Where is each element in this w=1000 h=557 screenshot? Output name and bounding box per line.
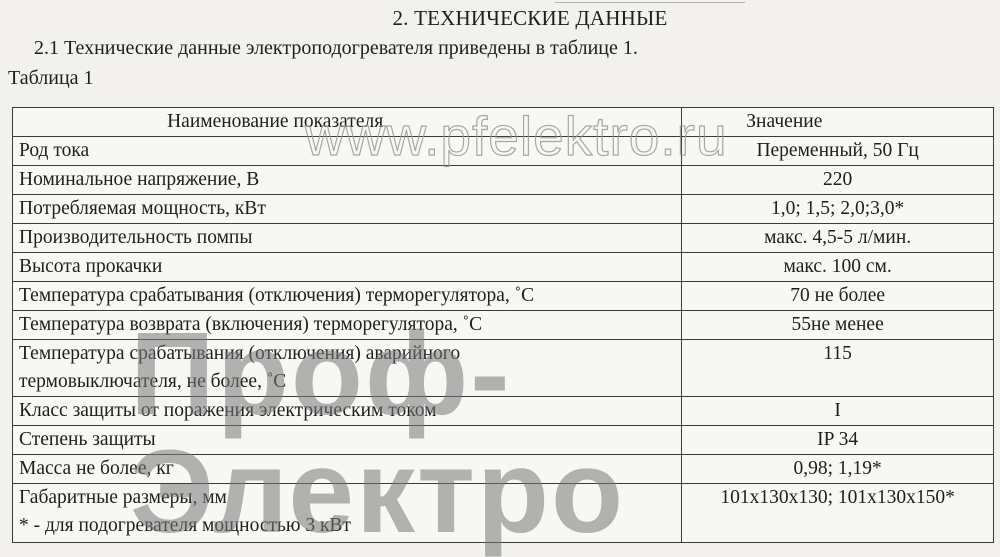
value-cell: 115 xyxy=(682,340,994,397)
param-line-2: термовыключателя, не более, ˚С xyxy=(19,368,675,396)
section-title: 2. ТЕХНИЧЕСКИЕ ДАННЫЕ xyxy=(0,6,1000,31)
table-row: Высота прокачки макс. 100 см. xyxy=(13,253,994,282)
table-row: Потребляемая мощность, кВт 1,0; 1,5; 2,0… xyxy=(13,195,994,224)
value-cell: Переменный, 50 Гц xyxy=(682,137,994,166)
param-cell: Температура срабатывания (отключения) те… xyxy=(13,282,682,311)
intro-paragraph: 2.1 Технические данные электроподогреват… xyxy=(34,37,638,60)
param-cell: Высота прокачки xyxy=(13,253,682,282)
table-row: Производительность помпы макс. 4,5-5 л/м… xyxy=(13,224,994,253)
table-row: Температура срабатывания (отключения) те… xyxy=(13,282,994,311)
value-cell: 0,98; 1,19* xyxy=(682,455,994,484)
param-cell: Масса не более, кг xyxy=(13,455,682,484)
param-cell: Производительность помпы xyxy=(13,224,682,253)
table-row: Род тока Переменный, 50 Гц xyxy=(13,137,994,166)
table-caption: Таблица 1 xyxy=(8,67,94,90)
table-row: Температура возврата (включения) терморе… xyxy=(13,311,994,340)
value-cell: 1,0; 1,5; 2,0;3,0* xyxy=(682,195,994,224)
param-cell: Степень защиты xyxy=(13,426,682,455)
table-row: Габаритные размеры, мм * - для подогрева… xyxy=(13,484,994,543)
param-cell: Род тока xyxy=(13,137,682,166)
value-cell: 101x130x130; 101x130x150* xyxy=(682,484,994,543)
value-cell: макс. 100 см. xyxy=(682,253,994,282)
param-cell: Номинальное напряжение, В xyxy=(13,166,682,195)
header-value: Значение xyxy=(682,108,994,137)
value-cell: 70 не более xyxy=(682,282,994,311)
param-line-1: Температура срабатывания (отключения) ав… xyxy=(19,340,675,368)
value-cell: IP 34 xyxy=(682,426,994,455)
param-label: Габаритные размеры, мм xyxy=(19,484,675,512)
page-top-rule xyxy=(555,0,745,3)
value-cell: 55не менее xyxy=(682,311,994,340)
param-cell: Класс защиты от поражения электрическим … xyxy=(13,397,682,426)
table-row: Класс защиты от поражения электрическим … xyxy=(13,397,994,426)
param-cell: Температура срабатывания (отключения) ав… xyxy=(13,340,682,397)
footnote-text: * - для подогревателя мощностью 3 кВт xyxy=(19,512,675,540)
table-header-row: Наименование показателя Значение xyxy=(13,108,994,137)
param-cell: Температура возврата (включения) терморе… xyxy=(13,311,682,340)
param-cell: Потребляемая мощность, кВт xyxy=(13,195,682,224)
param-cell: Габаритные размеры, мм * - для подогрева… xyxy=(13,484,682,543)
technical-data-table: Наименование показателя Значение Род ток… xyxy=(12,107,994,543)
header-parameter: Наименование показателя xyxy=(13,108,682,137)
value-cell: I xyxy=(682,397,994,426)
table-row: Номинальное напряжение, В 220 xyxy=(13,166,994,195)
table-row: Степень защиты IP 34 xyxy=(13,426,994,455)
table-row: Масса не более, кг 0,98; 1,19* xyxy=(13,455,994,484)
value-cell: 220 xyxy=(682,166,994,195)
table-row: Температура срабатывания (отключения) ав… xyxy=(13,340,994,397)
value-cell: макс. 4,5-5 л/мин. xyxy=(682,224,994,253)
